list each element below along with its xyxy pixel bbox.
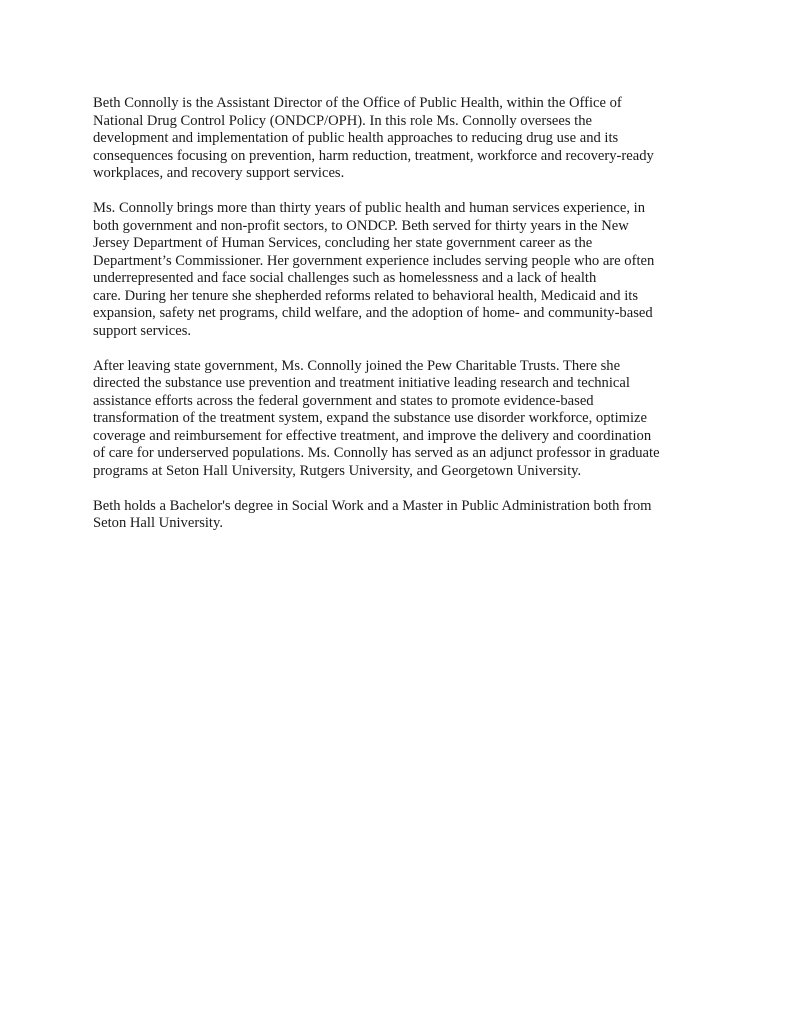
text-line: underrepresented and face social challen… (93, 270, 733, 288)
text-line: After leaving state government, Ms. Conn… (93, 358, 733, 376)
text-line: programs at Seton Hall University, Rutge… (93, 463, 733, 481)
text-line: transformation of the treatment system, … (93, 410, 733, 428)
text-line: assistance efforts across the federal go… (93, 393, 733, 411)
text-line: of care for underserved populations. Ms.… (93, 445, 733, 463)
paragraph-role: Beth Connolly is the Assistant Director … (93, 95, 733, 183)
document-body: Beth Connolly is the Assistant Director … (93, 95, 733, 550)
text-line: Seton Hall University. (93, 515, 733, 533)
text-line: National Drug Control Policy (ONDCP/OPH)… (93, 113, 733, 131)
text-line: coverage and reimbursement for effective… (93, 428, 733, 446)
text-line: both government and non-profit sectors, … (93, 218, 733, 236)
text-line: Department’s Commissioner. Her governmen… (93, 253, 733, 271)
text-line: directed the substance use prevention an… (93, 375, 733, 393)
paragraph-experience: Ms. Connolly brings more than thirty yea… (93, 200, 733, 340)
text-line: workplaces, and recovery support service… (93, 165, 733, 183)
text-line: consequences focusing on prevention, har… (93, 148, 733, 166)
text-line: support services. (93, 323, 733, 341)
paragraph-pew-trusts: After leaving state government, Ms. Conn… (93, 358, 733, 481)
document-page: Beth Connolly is the Assistant Director … (0, 0, 791, 1024)
text-line: expansion, safety net programs, child we… (93, 305, 733, 323)
text-line: Jersey Department of Human Services, con… (93, 235, 733, 253)
text-line: Beth Connolly is the Assistant Director … (93, 95, 733, 113)
text-line: care. During her tenure she shepherded r… (93, 288, 733, 306)
text-line: Beth holds a Bachelor's degree in Social… (93, 498, 733, 516)
text-line: development and implementation of public… (93, 130, 733, 148)
text-line: Ms. Connolly brings more than thirty yea… (93, 200, 733, 218)
paragraph-education: Beth holds a Bachelor's degree in Social… (93, 498, 733, 533)
